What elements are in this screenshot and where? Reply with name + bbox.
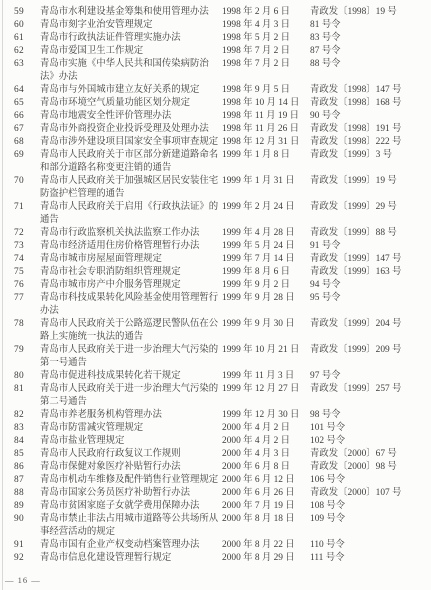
entry-date: 2000 年 8 月 29 日: [220, 552, 310, 565]
entry-date: 1998 年 12 月 31 日: [220, 136, 310, 149]
entry-number: 67: [0, 123, 40, 136]
entry-doc-number: 83 号令: [310, 32, 431, 45]
entry-date: 2000 年 4 月 3 日: [220, 448, 310, 461]
table-row: 77 青岛市科技成果转化风险基金使用管理暂行办法 1999 年 9 月 28 日…: [0, 292, 431, 318]
entry-title: 青岛市行政监察机关执法监察工作办法: [40, 227, 220, 240]
table-row: 90 青岛市禁止非法占用城市道路等公共场所从事经营活动的规定 2000 年 8 …: [0, 513, 431, 539]
entry-number: 66: [0, 110, 40, 123]
entry-date: 1999 年 9 月 28 日: [220, 292, 310, 305]
table-row: 70 青岛市人民政府关于加强城区居民安装住宅防盗护栏管理的通告 1999 年 1…: [0, 175, 431, 201]
entry-title: 青岛市人民政府关于加强城区居民安装住宅防盗护栏管理的通告: [40, 175, 220, 201]
table-row: 79 青岛市人民政府关于进一步治理大气污染的第一号通告 1999 年 10 月 …: [0, 344, 431, 370]
entry-date: 1999 年 4 月 28 日: [220, 227, 310, 240]
entry-number: 61: [0, 32, 40, 45]
entry-number: 65: [0, 97, 40, 110]
entry-title: 青岛市机动车维修及配件销售行业管理规定: [40, 474, 220, 487]
entry-date: 1999 年 9 月 2 日: [220, 279, 310, 292]
entry-title: 青岛市城市房产中介服务管理规定: [40, 279, 220, 292]
entry-title: 青岛市科技成果转化风险基金使用管理暂行办法: [40, 292, 220, 318]
table-row: 60 青岛市刻字业治安管理规定 1998 年 4 月 3 日 81 号令: [0, 19, 431, 32]
table-row: 63 青岛市实施《中华人民共和国传染病防治法》办法 1998 年 7 月 2 日…: [0, 58, 431, 84]
entry-date: 1999 年 12 月 27 日: [220, 383, 310, 396]
entry-doc-number: 青政发〔2000〕67 号: [310, 448, 431, 461]
entry-title: 青岛市人民政府行政复议工作规则: [40, 448, 220, 461]
entry-title: 青岛市地震安全性评价管理办法: [40, 110, 220, 123]
table-row: 78 青岛市人民政府关于公路巡逻民警队伍在公路上实施统一执法的通告 1999 年…: [0, 318, 431, 344]
entry-title: 青岛市行政执法证件管理实施办法: [40, 32, 220, 45]
entry-title: 青岛市贫困家庭子女就学费用保障办法: [40, 500, 220, 513]
entry-title: 青岛市人民政府关于进一步治理大气污染的第二号通告: [40, 383, 220, 409]
table-row: 76 青岛市城市房产中介服务管理规定 1999 年 9 月 2 日 94 号令: [0, 279, 431, 292]
entry-number: 75: [0, 266, 40, 279]
entry-date: 1999 年 11 月 3 日: [220, 370, 310, 383]
entry-doc-number: 98 号令: [310, 409, 431, 422]
table-row: 67 青岛市外商投资企业投诉受理及处理办法 1998 年 11 月 26 日 青…: [0, 123, 431, 136]
table-row: 68 青岛市涉外建设项目国家安全事项审查规定 1998 年 12 月 31 日 …: [0, 136, 431, 149]
table-row: 92 青岛市信息化建设管理暂行规定 2000 年 8 月 29 日 111 号令: [0, 552, 431, 565]
entry-doc-number: 青政发〔1998〕191 号: [310, 123, 431, 136]
entry-date: 1999 年 8 月 6 日: [220, 266, 310, 279]
entry-date: 1999 年 12 月 30 日: [220, 409, 310, 422]
entry-doc-number: 青政发〔1999〕147 号: [310, 253, 431, 266]
entry-title: 青岛市城市房屋屋面管理规定: [40, 253, 220, 266]
entry-date: 1998 年 11 月 26 日: [220, 123, 310, 136]
entry-number: 80: [0, 370, 40, 383]
entry-doc-number: 青政发〔1999〕19 号: [310, 175, 431, 188]
entry-title: 青岛市爱国卫生工作规定: [40, 45, 220, 58]
entry-doc-number: 青政发〔1999〕204 号: [310, 318, 431, 331]
entry-doc-number: 青政发〔1998〕147 号: [310, 84, 431, 97]
entry-title: 青岛市国有企业产权变动档案管理办法: [40, 539, 220, 552]
entry-title: 青岛市涉外建设项目国家安全事项审查规定: [40, 136, 220, 149]
entry-title: 青岛市外商投资企业投诉受理及处理办法: [40, 123, 220, 136]
entry-doc-number: 94 号令: [310, 279, 431, 292]
table-row: 64 青岛市与外国城市建立友好关系的规定 1998 年 9 月 5 日 青政发〔…: [0, 84, 431, 97]
entry-title: 青岛市人民政府关于启用《行政执法证》的通告: [40, 201, 220, 227]
entry-number: 70: [0, 175, 40, 188]
entry-date: 1998 年 11 月 19 日: [220, 110, 310, 123]
entry-number: 91: [0, 539, 40, 552]
entry-date: 1998 年 9 月 5 日: [220, 84, 310, 97]
entry-date: 1999 年 5 月 24 日: [220, 240, 310, 253]
entry-date: 1999 年 1 月 8 日: [220, 149, 310, 162]
entry-number: 76: [0, 279, 40, 292]
entry-date: 2000 年 8 月 18 日: [220, 513, 310, 526]
entry-date: 1998 年 5 月 2 日: [220, 32, 310, 45]
entry-number: 69: [0, 149, 40, 162]
entry-title: 青岛市人民政府关于进一步治理大气污染的第一号通告: [40, 344, 220, 370]
entry-number: 72: [0, 227, 40, 240]
entry-doc-number: 87 号令: [310, 45, 431, 58]
table-row: 81 青岛市人民政府关于进一步治理大气污染的第二号通告 1999 年 12 月 …: [0, 383, 431, 409]
entry-title: 青岛市水利建设基金筹集和使用管理办法: [40, 6, 220, 19]
entry-doc-number: 91 号令: [310, 240, 431, 253]
entry-date: 2000 年 7 月 19 日: [220, 500, 310, 513]
page-number: — 16 —: [5, 575, 41, 585]
entry-number: 84: [0, 435, 40, 448]
entry-date: 1999 年 7 月 14 日: [220, 253, 310, 266]
entry-number: 71: [0, 201, 40, 214]
table-row: 66 青岛市地震安全性评价管理办法 1998 年 11 月 19 日 90 号令: [0, 110, 431, 123]
entry-number: 92: [0, 552, 40, 565]
entry-doc-number: 111 号令: [310, 552, 431, 565]
entry-doc-number: 青政发〔1999〕257 号: [310, 383, 431, 396]
table-row: 83 青岛市防雷减灾管理规定 2000 年 4 月 2 日 101 号令: [0, 422, 431, 435]
table-row: 84 青岛市盐业管理规定 2000 年 4 月 2 日 102 号令: [0, 435, 431, 448]
entry-doc-number: 青政发〔1998〕168 号: [310, 97, 431, 110]
table-row: 75 青岛市社会专职消防组织管理规定 1999 年 8 月 6 日 青政发〔19…: [0, 266, 431, 279]
entry-date: 2000 年 4 月 2 日: [220, 422, 310, 435]
entry-title: 青岛市促进科技成果转化若干规定: [40, 370, 220, 383]
entry-title: 青岛市刻字业治安管理规定: [40, 19, 220, 32]
table-row: 72 青岛市行政监察机关执法监察工作办法 1999 年 4 月 28 日 青政发…: [0, 227, 431, 240]
table-row: 71 青岛市人民政府关于启用《行政执法证》的通告 1999 年 2 月 24 日…: [0, 201, 431, 227]
entry-number: 62: [0, 45, 40, 58]
entry-date: 1999 年 1 月 31 日: [220, 175, 310, 188]
entry-title: 青岛市禁止非法占用城市道路等公共场所从事经营活动的规定: [40, 513, 220, 539]
entry-doc-number: 青政发〔1999〕88 号: [310, 227, 431, 240]
entry-title: 青岛市人民政府关于公路巡逻民警队伍在公路上实施统一执法的通告: [40, 318, 220, 344]
entry-number: 74: [0, 253, 40, 266]
entry-date: 1999 年 10 月 21 日: [220, 344, 310, 357]
entry-date: 1998 年 7 月 2 日: [220, 45, 310, 58]
table-row: 88 青岛市国家公务员医疗补助暂行办法 2000 年 6 月 26 日 青政发〔…: [0, 487, 431, 500]
entry-number: 79: [0, 344, 40, 357]
table-row: 65 青岛市环境空气质量功能区划分规定 1998 年 10 月 14 日 青政发…: [0, 97, 431, 110]
entry-number: 68: [0, 136, 40, 149]
table-row: 80 青岛市促进科技成果转化若干规定 1999 年 11 月 3 日 97 号令: [0, 370, 431, 383]
entry-title: 青岛市保健对象医疗补贴暂行办法: [40, 461, 220, 474]
entry-number: 63: [0, 58, 40, 71]
regulations-list: 59 青岛市水利建设基金筹集和使用管理办法 1998 年 2 月 6 日 青政发…: [0, 6, 431, 565]
entry-title: 青岛市国家公务员医疗补助暂行办法: [40, 487, 220, 500]
entry-doc-number: 97 号令: [310, 370, 431, 383]
entry-doc-number: 青政发〔1998〕19 号: [310, 6, 431, 19]
entry-number: 82: [0, 409, 40, 422]
table-row: 85 青岛市人民政府行政复议工作规则 2000 年 4 月 3 日 青政发〔20…: [0, 448, 431, 461]
entry-number: 83: [0, 422, 40, 435]
entry-doc-number: 90 号令: [310, 110, 431, 123]
entry-number: 89: [0, 500, 40, 513]
entry-title: 青岛市盐业管理规定: [40, 435, 220, 448]
entry-title: 青岛市人民政府关于市区部分新建道路命名和部分道路名称变更注销的通告: [40, 149, 220, 175]
table-row: 59 青岛市水利建设基金筹集和使用管理办法 1998 年 2 月 6 日 青政发…: [0, 6, 431, 19]
entry-number: 87: [0, 474, 40, 487]
entry-number: 88: [0, 487, 40, 500]
entry-title: 青岛市防雷减灾管理规定: [40, 422, 220, 435]
entry-title: 青岛市社会专职消防组织管理规定: [40, 266, 220, 279]
entry-doc-number: 青政发〔2000〕107 号: [310, 487, 431, 500]
entry-number: 73: [0, 240, 40, 253]
entry-title: 青岛市经济适用住房价格管理暂行办法: [40, 240, 220, 253]
entry-doc-number: 101 号令: [310, 422, 431, 435]
entry-doc-number: 102 号令: [310, 435, 431, 448]
entry-number: 60: [0, 19, 40, 32]
table-row: 69 青岛市人民政府关于市区部分新建道路命名和部分道路名称变更注销的通告 199…: [0, 149, 431, 175]
entry-doc-number: 81 号令: [310, 19, 431, 32]
entry-doc-number: 95 号令: [310, 292, 431, 305]
entry-title: 青岛市实施《中华人民共和国传染病防治法》办法: [40, 58, 220, 84]
entry-title: 青岛市信息化建设管理暂行规定: [40, 552, 220, 565]
entry-date: 2000 年 4 月 2 日: [220, 435, 310, 448]
table-row: 62 青岛市爱国卫生工作规定 1998 年 7 月 2 日 87 号令: [0, 45, 431, 58]
entry-doc-number: 110 号令: [310, 539, 431, 552]
entry-date: 2000 年 6 月 8 日: [220, 461, 310, 474]
entry-date: 1998 年 4 月 3 日: [220, 19, 310, 32]
table-row: 74 青岛市城市房屋屋面管理规定 1999 年 7 月 14 日 青政发〔199…: [0, 253, 431, 266]
table-row: 87 青岛市机动车维修及配件销售行业管理规定 2000 年 6 月 12 日 1…: [0, 474, 431, 487]
entry-number: 86: [0, 461, 40, 474]
entry-doc-number: 青政发〔1999〕163 号: [310, 266, 431, 279]
table-row: 86 青岛市保健对象医疗补贴暂行办法 2000 年 6 月 8 日 青政发〔20…: [0, 461, 431, 474]
table-row: 91 青岛市国有企业产权变动档案管理办法 2000 年 8 月 22 日 110…: [0, 539, 431, 552]
entry-number: 90: [0, 513, 40, 526]
entry-date: 2000 年 8 月 22 日: [220, 539, 310, 552]
entry-doc-number: 106 号令: [310, 474, 431, 487]
entry-doc-number: 青政发〔1998〕222 号: [310, 136, 431, 149]
table-row: 89 青岛市贫困家庭子女就学费用保障办法 2000 年 7 月 19 日 108…: [0, 500, 431, 513]
entry-title: 青岛市养老服务机构管理办法: [40, 409, 220, 422]
entry-title: 青岛市与外国城市建立友好关系的规定: [40, 84, 220, 97]
document-page: 59 青岛市水利建设基金筹集和使用管理办法 1998 年 2 月 6 日 青政发…: [0, 0, 431, 590]
entry-date: 1999 年 2 月 24 日: [220, 201, 310, 214]
entry-doc-number: 青政发〔1999〕3 号: [310, 149, 431, 162]
table-row: 82 青岛市养老服务机构管理办法 1999 年 12 月 30 日 98 号令: [0, 409, 431, 422]
entry-title: 青岛市环境空气质量功能区划分规定: [40, 97, 220, 110]
entry-doc-number: 青政发〔1999〕209 号: [310, 344, 431, 357]
entry-number: 59: [0, 6, 40, 19]
entry-doc-number: 109 号令: [310, 513, 431, 526]
entry-date: 1999 年 9 月 30 日: [220, 318, 310, 331]
entry-number: 64: [0, 84, 40, 97]
entry-number: 77: [0, 292, 40, 305]
entry-doc-number: 88 号令: [310, 58, 431, 71]
entry-date: 1998 年 7 月 2 日: [220, 58, 310, 71]
entry-number: 78: [0, 318, 40, 331]
entry-doc-number: 青政发〔1999〕29 号: [310, 201, 431, 214]
entry-date: 1998 年 2 月 6 日: [220, 6, 310, 19]
entry-date: 1998 年 10 月 14 日: [220, 97, 310, 110]
table-row: 73 青岛市经济适用住房价格管理暂行办法 1999 年 5 月 24 日 91 …: [0, 240, 431, 253]
entry-doc-number: 青政发〔2000〕98 号: [310, 461, 431, 474]
entry-date: 2000 年 6 月 12 日: [220, 474, 310, 487]
table-row: 61 青岛市行政执法证件管理实施办法 1998 年 5 月 2 日 83 号令: [0, 32, 431, 45]
entry-doc-number: 108 号令: [310, 500, 431, 513]
entry-date: 2000 年 6 月 26 日: [220, 487, 310, 500]
entry-number: 81: [0, 383, 40, 396]
entry-number: 85: [0, 448, 40, 461]
